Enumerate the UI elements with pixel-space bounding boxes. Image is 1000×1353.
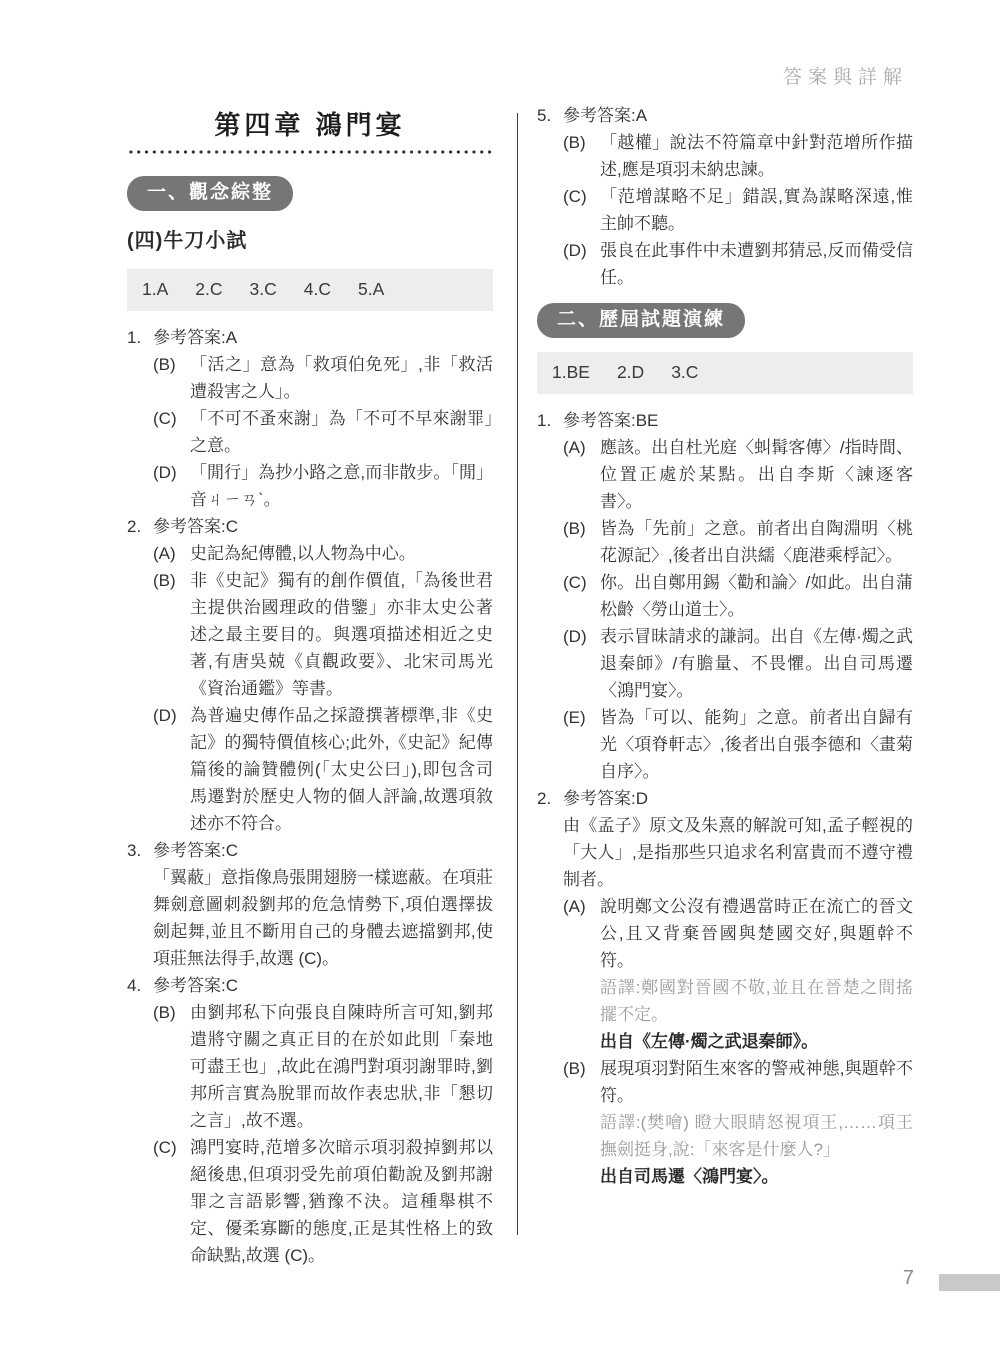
source-text: 出自司馬遷〈鴻門宴〉。 xyxy=(600,1163,913,1190)
question-number: 3. xyxy=(127,837,153,972)
option: (B) 非《史記》獨有的創作價值,「為後世君主提供治國理政的借鑒」亦非太史公著述… xyxy=(153,567,493,702)
page-number: 7 xyxy=(903,1267,914,1290)
option: (D) 「閒行」為抄小路之意,而非散步。「閒」音ㄐㄧㄢˋ。 xyxy=(153,459,493,513)
option: (B) 展現項羽對陌生來客的警戒神態,與題幹不符。 語譯:(樊噲) 瞪大眼睛怒視… xyxy=(563,1055,913,1190)
option: (B) 皆為「先前」之意。前者出自陶淵明〈桃花源記〉,後者出自洪繻〈鹿港乘桴記〉… xyxy=(563,515,913,569)
option: (B) 由劉邦私下向張良自陳時所言可知,劉邦遣將守關之真正目的在於如此則「秦地可… xyxy=(153,999,493,1134)
answer-line: 參考答案:C xyxy=(153,513,493,540)
option-label: (C) xyxy=(153,405,190,459)
option-label: (B) xyxy=(563,1055,600,1190)
option-text: 你。出自鄭用錫〈勸和論〉/如此。出自蒲松齡〈勞山道士〉。 xyxy=(600,569,913,623)
option: (A) 說明鄭文公沒有禮遇當時正在流亡的晉文公,且又背棄晉國與楚國交好,與題幹不… xyxy=(563,893,913,1055)
option-text: 「閒行」為抄小路之意,而非散步。「閒」音ㄐㄧㄢˋ。 xyxy=(190,459,493,513)
section-badge-past-exams: 二、歷屆試題演練 xyxy=(537,303,745,338)
option-text: 「不可不蚤來謝」為「不可不早來謝罪」之意。 xyxy=(190,405,493,459)
option-label: (C) xyxy=(563,569,600,623)
option-text: 史記為紀傳體,以人物為中心。 xyxy=(190,540,493,567)
option-text: 皆為「可以、能夠」之意。前者出自歸有光〈項脊軒志〉,後者出自張李德和〈畫菊自序〉… xyxy=(600,704,913,785)
option-text: 「活之」意為「救項伯免死」,非「救活遭殺害之人」。 xyxy=(190,351,493,405)
translation-text: 語譯:(樊噲) 瞪大眼睛怒視項王,……項王撫劍挺身,說:「來客是什麼人?」 xyxy=(600,1109,913,1163)
past-exam-questions: 1. 參考答案:BE (A) 應該。出自杜光庭〈虯髯客傳〉/指時間、位置正處於某… xyxy=(537,407,913,1190)
question-intro: 由《孟子》原文及朱熹的解說可知,孟子輕視的「大人」,是指那些只追求名利富貴而不遵… xyxy=(563,812,913,893)
explanation-text: 「翼蔽」意指像鳥張開翅膀一樣遮蔽。在項莊舞劍意圖刺殺劉邦的危急情勢下,項伯選擇拔… xyxy=(153,864,493,972)
option-label: (A) xyxy=(563,893,600,1055)
option-text: 說明鄭文公沒有禮遇當時正在流亡的晉文公,且又背棄晉國與楚國交好,與題幹不符。 xyxy=(600,893,913,974)
option-text: 表示冒昧請求的謙詞。出自《左傳·燭之武退秦師》/有膽量、不畏懼。出自司馬遷〈鴻門… xyxy=(600,623,913,704)
option-label: (D) xyxy=(563,237,600,291)
answer-key-item: 5.A xyxy=(358,279,384,299)
option: (C) 鴻門宴時,范增多次暗示項羽殺掉劉邦以絕後患,但項羽受先前項伯勸說及劉邦謝… xyxy=(153,1134,493,1269)
option-label: (A) xyxy=(153,540,190,567)
option-text: 由劉邦私下向張良自陳時所言可知,劉邦遣將守關之真正目的在於如此則「秦地可盡王也」… xyxy=(190,999,493,1134)
option: (B) 「越權」說法不符篇章中針對范增所作描述,應是項羽未納忠諫。 xyxy=(563,129,913,183)
option-label: (D) xyxy=(563,623,600,704)
option-label: (B) xyxy=(153,351,190,405)
right-column: 5. 參考答案:A (B) 「越權」說法不符篇章中針對范增所作描述,應是項羽未納… xyxy=(537,102,913,1190)
source-text: 出自《左傳·燭之武退秦師》。 xyxy=(600,1028,913,1055)
subsection-title: (四)牛刀小試 xyxy=(127,228,493,255)
question-5: 5. 參考答案:A (B) 「越權」說法不符篇章中針對范增所作描述,應是項羽未納… xyxy=(537,102,913,291)
option: (B) 「活之」意為「救項伯免死」,非「救活遭殺害之人」。 xyxy=(153,351,493,405)
question-number: 1. xyxy=(127,324,153,513)
question-number: 5. xyxy=(537,102,563,291)
option-label: (D) xyxy=(153,702,190,837)
option-text: 為普遍史傳作品之採證撰著標準,非《史記》的獨特價值核心;此外,《史記》紀傳篇後的… xyxy=(190,702,493,837)
answer-key-item: 2.D xyxy=(617,362,644,382)
option-text: 非《史記》獨有的創作價值,「為後世君主提供治國理政的借鑒」亦非太史公著述之最主要… xyxy=(190,567,493,702)
option: (C) 「范增謀略不足」錯誤,實為謀略深遠,惟主帥不聽。 xyxy=(563,183,913,237)
left-column: 第四章 鴻門宴 一、觀念綜整 (四)牛刀小試 1.A2.C3.C4.C5.A 1… xyxy=(127,106,493,1269)
question-number: 4. xyxy=(127,972,153,1269)
option-label: (B) xyxy=(153,567,190,702)
option-label: (C) xyxy=(153,1134,190,1269)
answer-line: 參考答案:BE xyxy=(563,407,913,434)
option-label: (B) xyxy=(563,129,600,183)
question-number: 1. xyxy=(537,407,563,785)
answer-key-item: 4.C xyxy=(304,279,331,299)
section-badge-wrap: 一、觀念綜整 xyxy=(127,176,493,211)
answer-page: 答案與詳解 第四章 鴻門宴 一、觀念綜整 (四)牛刀小試 1.A2.C3.C4.… xyxy=(0,0,1000,1353)
answer-key-item: 1.BE xyxy=(552,362,590,382)
option-label: (D) xyxy=(153,459,190,513)
question-2: 2. 參考答案:C (A) 史記為紀傳體,以人物為中心。 (B) 非《史記》獨有… xyxy=(127,513,493,837)
page-header-label: 答案與詳解 xyxy=(783,62,908,89)
dotted-separator xyxy=(127,149,493,155)
option: (E) 皆為「可以、能夠」之意。前者出自歸有光〈項脊軒志〉,後者出自張李德和〈畫… xyxy=(563,704,913,785)
question-number: 2. xyxy=(127,513,153,837)
option: (D) 表示冒昧請求的謙詞。出自《左傳·燭之武退秦師》/有膽量、不畏懼。出自司馬… xyxy=(563,623,913,704)
answer-key-item: 1.A xyxy=(142,279,168,299)
option: (A) 史記為紀傳體,以人物為中心。 xyxy=(153,540,493,567)
translation-text: 語譯:鄭國對晉國不敬,並且在晉楚之間搖擺不定。 xyxy=(600,974,913,1028)
option: (C) 你。出自鄭用錫〈勸和論〉/如此。出自蒲松齡〈勞山道士〉。 xyxy=(563,569,913,623)
answer-key-item: 3.C xyxy=(671,362,698,382)
past-question-2: 2. 參考答案:D 由《孟子》原文及朱熹的解說可知,孟子輕視的「大人」,是指那些… xyxy=(537,785,913,1190)
practice-questions: 1. 參考答案:A (B) 「活之」意為「救項伯免死」,非「救活遭殺害之人」。 … xyxy=(127,324,493,1269)
question-number: 2. xyxy=(537,785,563,1190)
option-text: 鴻門宴時,范增多次暗示項羽殺掉劉邦以絕後患,但項羽受先前項伯勸說及劉邦謝罪之言語… xyxy=(190,1134,493,1269)
answer-line: 參考答案:A xyxy=(153,324,493,351)
option-label: (C) xyxy=(563,183,600,237)
option: (D) 張良在此事件中未遭劉邦猜忌,反而備受信任。 xyxy=(563,237,913,291)
option-text: 展現項羽對陌生來客的警戒神態,與題幹不符。 xyxy=(600,1055,913,1109)
answer-key-box-past-exam: 1.BE2.D3.C xyxy=(537,352,913,394)
option-label: (B) xyxy=(563,515,600,569)
section-badge-concepts: 一、觀念綜整 xyxy=(127,176,293,211)
section-badge-wrap: 二、歷屆試題演練 xyxy=(537,303,913,338)
option-label: (A) xyxy=(563,434,600,515)
question-1: 1. 參考答案:A (B) 「活之」意為「救項伯免死」,非「救活遭殺害之人」。 … xyxy=(127,324,493,513)
option-text: 張良在此事件中未遭劉邦猜忌,反而備受信任。 xyxy=(600,237,913,291)
answer-line: 參考答案:A xyxy=(563,102,913,129)
option-text: 「范增謀略不足」錯誤,實為謀略深遠,惟主帥不聽。 xyxy=(600,183,913,237)
option-label: (E) xyxy=(563,704,600,785)
question-3: 3. 參考答案:C 「翼蔽」意指像鳥張開翅膀一樣遮蔽。在項莊舞劍意圖刺殺劉邦的危… xyxy=(127,837,493,972)
answer-key-item: 2.C xyxy=(195,279,222,299)
column-divider xyxy=(517,113,518,1235)
answer-key-box-practice: 1.A2.C3.C4.C5.A xyxy=(127,269,493,311)
option-label: (B) xyxy=(153,999,190,1134)
option-text: 應該。出自杜光庭〈虯髯客傳〉/指時間、位置正處於某點。出自李斯〈諫逐客書〉。 xyxy=(600,434,913,515)
option-text: 皆為「先前」之意。前者出自陶淵明〈桃花源記〉,後者出自洪繻〈鹿港乘桴記〉。 xyxy=(600,515,913,569)
option-text: 「越權」說法不符篇章中針對范增所作描述,應是項羽未納忠諫。 xyxy=(600,129,913,183)
answer-line: 參考答案:C xyxy=(153,972,493,999)
page-edge-bar xyxy=(939,1274,1000,1291)
chapter-title: 第四章 鴻門宴 xyxy=(127,106,493,144)
option: (A) 應該。出自杜光庭〈虯髯客傳〉/指時間、位置正處於某點。出自李斯〈諫逐客書… xyxy=(563,434,913,515)
answer-line: 參考答案:D xyxy=(563,785,913,812)
past-question-1: 1. 參考答案:BE (A) 應該。出自杜光庭〈虯髯客傳〉/指時間、位置正處於某… xyxy=(537,407,913,785)
option: (D) 為普遍史傳作品之採證撰著標準,非《史記》的獨特價值核心;此外,《史記》紀… xyxy=(153,702,493,837)
question-4: 4. 參考答案:C (B) 由劉邦私下向張良自陳時所言可知,劉邦遣將守關之真正目… xyxy=(127,972,493,1269)
answer-key-item: 3.C xyxy=(250,279,277,299)
answer-line: 參考答案:C xyxy=(153,837,493,864)
option: (C) 「不可不蚤來謝」為「不可不早來謝罪」之意。 xyxy=(153,405,493,459)
